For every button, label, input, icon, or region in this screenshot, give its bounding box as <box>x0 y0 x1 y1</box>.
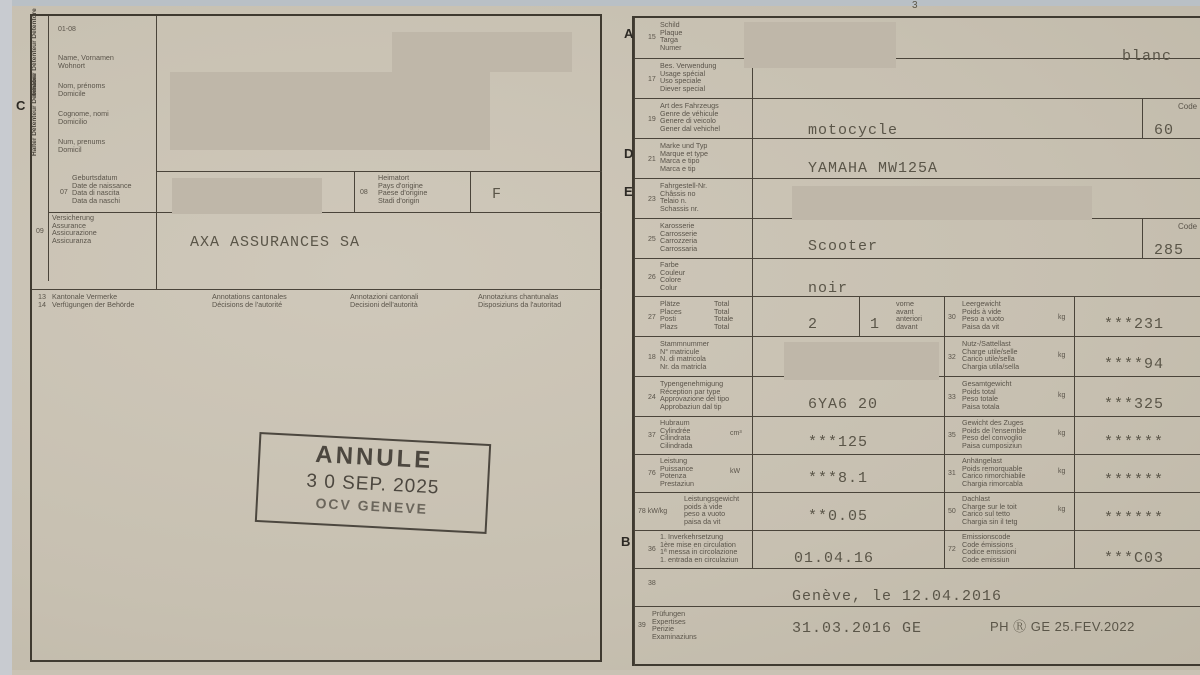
field-09-number: 09 <box>36 228 44 235</box>
field-72-number: 72 <box>948 546 956 553</box>
redacted-plate <box>744 22 896 68</box>
inspection-date-value: 31.03.2016 GE <box>792 620 922 637</box>
field-36-number: 36 <box>648 546 656 553</box>
first-registration-value: 01.04.16 <box>794 550 874 567</box>
total-weight-value: ***325 <box>1104 396 1164 413</box>
payload-value: ****94 <box>1104 356 1164 373</box>
divider <box>48 212 602 213</box>
field-26-number: 26 <box>648 274 656 281</box>
seats-total-value: 2 <box>808 316 818 333</box>
screen-left-edge <box>0 0 12 675</box>
vehicle-type-label: Art des Fahrzeugs Genre de véhicule Gene… <box>660 102 720 132</box>
chassis-label: Fahrgestell-Nr. Châssis no Telaio n. Sch… <box>660 182 707 212</box>
inspections-label: Prüfungen Expertises Perizie Examinaziun… <box>652 610 697 640</box>
matricule-label: Stammnummer N° matricule N. di matricola… <box>660 340 709 370</box>
divider <box>1142 218 1143 258</box>
page-number: 3 <box>912 0 918 11</box>
displacement-unit: cm³ <box>730 430 742 437</box>
field-32-number: 32 <box>948 354 956 361</box>
train-weight-label: Gewicht des Zuges Poids de l'ensemble Pe… <box>962 419 1026 449</box>
code-label: Code <box>1178 102 1197 111</box>
field-18-number: 18 <box>648 354 656 361</box>
origin-label: Heimatort Pays d'origine Paese d'origine… <box>378 174 427 204</box>
color-label: Farbe Couleur Colore Colur <box>660 261 685 291</box>
special-use-value: blanc <box>1122 48 1172 65</box>
seats-front-value: 1 <box>870 316 880 333</box>
displacement-value: ***125 <box>808 434 868 451</box>
field-31-number: 31 <box>948 470 956 477</box>
field-25-number: 25 <box>648 236 656 243</box>
type-approval-label: Typengenehmigung Réception par type Appr… <box>660 380 729 410</box>
field-08-number: 08 <box>360 189 368 196</box>
divider <box>634 98 1200 99</box>
divider <box>634 138 1200 139</box>
field-39-number: 39 <box>638 622 646 629</box>
redacted-matricule <box>784 342 939 380</box>
left-page-holder: 01-08 Inhaber Détenteur Detentore Halter… <box>30 14 602 662</box>
field-13-14-numbers: 13 14 <box>38 293 46 308</box>
divider <box>634 258 1200 259</box>
kg-unit: kg <box>1058 314 1065 321</box>
empty-weight-value: ***231 <box>1104 316 1164 333</box>
section-c-marker: C <box>16 98 25 113</box>
train-weight-value: ****** <box>1104 434 1164 451</box>
displacement-label: Hubraum Cylindrée Cilindrata Cilindrada <box>660 419 692 449</box>
field-23-number: 23 <box>648 196 656 203</box>
emission-code-value: ***C03 <box>1104 550 1164 567</box>
divider <box>156 212 157 289</box>
vehicle-type-code: 60 <box>1154 122 1174 139</box>
redacted-chassis <box>792 186 1092 220</box>
total-weight-label: Gesamtgewicht Poids total Peso totale Pa… <box>962 380 1012 410</box>
annotations-label-rm: Annotaziuns chantunalas Disposiziuns da … <box>478 293 561 308</box>
payload-label: Nutz-/Sattellast Charge utile/selle Cari… <box>962 340 1019 370</box>
seats-total-label: Total Total Totale Total <box>714 300 733 330</box>
divider <box>634 178 1200 179</box>
divider <box>634 606 1200 607</box>
vehicle-type-value: motocycle <box>808 122 898 139</box>
redacted-birthdate <box>172 178 322 214</box>
redacted-holder-name <box>170 72 490 150</box>
inspection-stamp: PH Ⓡ GE 25.FEV.2022 <box>990 616 1135 635</box>
redacted-holder-name <box>392 32 572 72</box>
section-b-marker: B <box>621 534 630 549</box>
seats-front-label: vorne avant anteriori davant <box>896 300 922 330</box>
first-registration-label: 1. Inverkehrsetzung 1ère mise en circula… <box>660 533 738 563</box>
annotations-label-fr: Annotations cantonales Décisions de l'au… <box>212 293 287 308</box>
empty-weight-label: Leergewicht Poids à vide Peso a vuoto Pa… <box>962 300 1004 330</box>
divider <box>634 296 1200 297</box>
insurance-value: AXA ASSURANCES SA <box>190 234 360 251</box>
divider <box>156 171 602 172</box>
divider <box>944 296 945 568</box>
field-33-number: 33 <box>948 394 956 401</box>
seats-label: Plätze Places Posti Plazs <box>660 300 682 330</box>
trailer-load-label: Anhängelast Poids remorquable Carico rim… <box>962 457 1026 487</box>
divider <box>470 171 471 213</box>
divider <box>1074 296 1075 568</box>
annotations-label-de: Kantonale Vermerke Verfügungen der Behör… <box>52 293 134 308</box>
special-use-label: Bes. Verwendung Usage spécial Uso specia… <box>660 62 716 92</box>
insurance-label: Versicherung Assurance Assicurazione Ass… <box>52 214 97 244</box>
field-37-number: 37 <box>648 432 656 439</box>
birthdate-label: Geburtsdatum Date de naissance Data di n… <box>72 174 132 204</box>
type-approval-value: 6YA6 20 <box>808 396 878 413</box>
divider <box>634 492 1200 493</box>
power-label: Leistung Puissance Potenza Prestaziun <box>660 457 694 487</box>
name-label-de: Name, Vornamen Wohnort <box>58 54 114 69</box>
kg-unit: kg <box>1058 430 1065 437</box>
trailer-load-value: ****** <box>1104 472 1164 489</box>
kg-unit: kg <box>1058 392 1065 399</box>
name-label-rm: Num, prenums Domicil <box>58 138 105 153</box>
issue-place-date: Genève, le 12.04.2016 <box>792 588 1002 605</box>
divider <box>156 16 157 213</box>
divider <box>354 171 355 213</box>
registration-document: 01-08 Inhaber Détenteur Detentore Halter… <box>12 6 1200 670</box>
holder-vertical-label: Halter Détenteur Detentore <box>31 73 38 156</box>
field-38-number: 38 <box>648 580 656 587</box>
power-unit: kW <box>730 468 740 475</box>
divider <box>1142 98 1143 138</box>
section-a-marker: A <box>624 26 633 41</box>
plate-label: Schild Plaque Targa Numer <box>660 21 682 51</box>
roof-load-value: ****** <box>1104 510 1164 527</box>
annotations-label-it: Annotazioni cantonali Decisioni dell'aut… <box>350 293 418 308</box>
section-e-marker: E <box>624 184 633 199</box>
power-weight-value: **0.05 <box>808 508 868 525</box>
field-01-08-number: 01-08 <box>58 26 76 33</box>
divider <box>634 568 1200 569</box>
field-07-number: 07 <box>60 189 68 196</box>
field-19-number: 19 <box>648 116 656 123</box>
divider <box>634 58 1200 59</box>
divider <box>634 530 1200 531</box>
power-value: ***8.1 <box>808 470 868 487</box>
name-label-fr: Nom, prénoms Domicile <box>58 82 105 97</box>
power-weight-label: Leistungsgewicht poids à vide peso a vuo… <box>684 495 739 525</box>
kg-unit: kg <box>1058 506 1065 513</box>
kg-unit: kg <box>1058 468 1065 475</box>
field-78-number: 78 kW/kg <box>638 508 667 515</box>
field-50-number: 50 <box>948 508 956 515</box>
divider <box>859 296 860 336</box>
emission-code-label: Emissionscode Code émissions Codice emis… <box>962 533 1016 563</box>
field-30-number: 30 <box>948 314 956 321</box>
origin-value: F <box>492 186 502 203</box>
section-d-marker: D <box>624 146 633 161</box>
make-type-value: YAMAHA MW125A <box>808 160 938 177</box>
field-17-number: 17 <box>648 76 656 83</box>
make-type-label: Marke und Typ Marque et type Marca e tip… <box>660 142 708 172</box>
divider <box>634 416 1200 417</box>
right-page-vehicle: 15 Schild Plaque Targa Numer 17 Bes. Ver… <box>632 16 1200 666</box>
body-value: Scooter <box>808 238 878 255</box>
field-35-number: 35 <box>948 432 956 439</box>
field-76-number: 76 <box>648 470 656 477</box>
name-label-it: Cognome, nomi Domicilio <box>58 110 109 125</box>
kg-unit: kg <box>1058 352 1065 359</box>
color-value: noir <box>808 280 848 297</box>
field-24-number: 24 <box>648 394 656 401</box>
divider <box>634 454 1200 455</box>
divider <box>634 336 1200 337</box>
body-code: 285 <box>1154 242 1184 259</box>
cancelled-stamp: ANNULE 3 0 SEP. 2025 OCV GENEVE <box>255 432 491 534</box>
divider <box>48 16 49 281</box>
roof-load-label: Dachlast Charge sur le toit Carico sul t… <box>962 495 1018 525</box>
field-15-number: 15 <box>648 34 656 41</box>
field-27-number: 27 <box>648 314 656 321</box>
field-21-number: 21 <box>648 156 656 163</box>
code-label: Code <box>1178 222 1197 231</box>
divider <box>32 289 602 290</box>
body-label: Karosserie Carrosserie Carrozzeria Carro… <box>660 222 697 252</box>
